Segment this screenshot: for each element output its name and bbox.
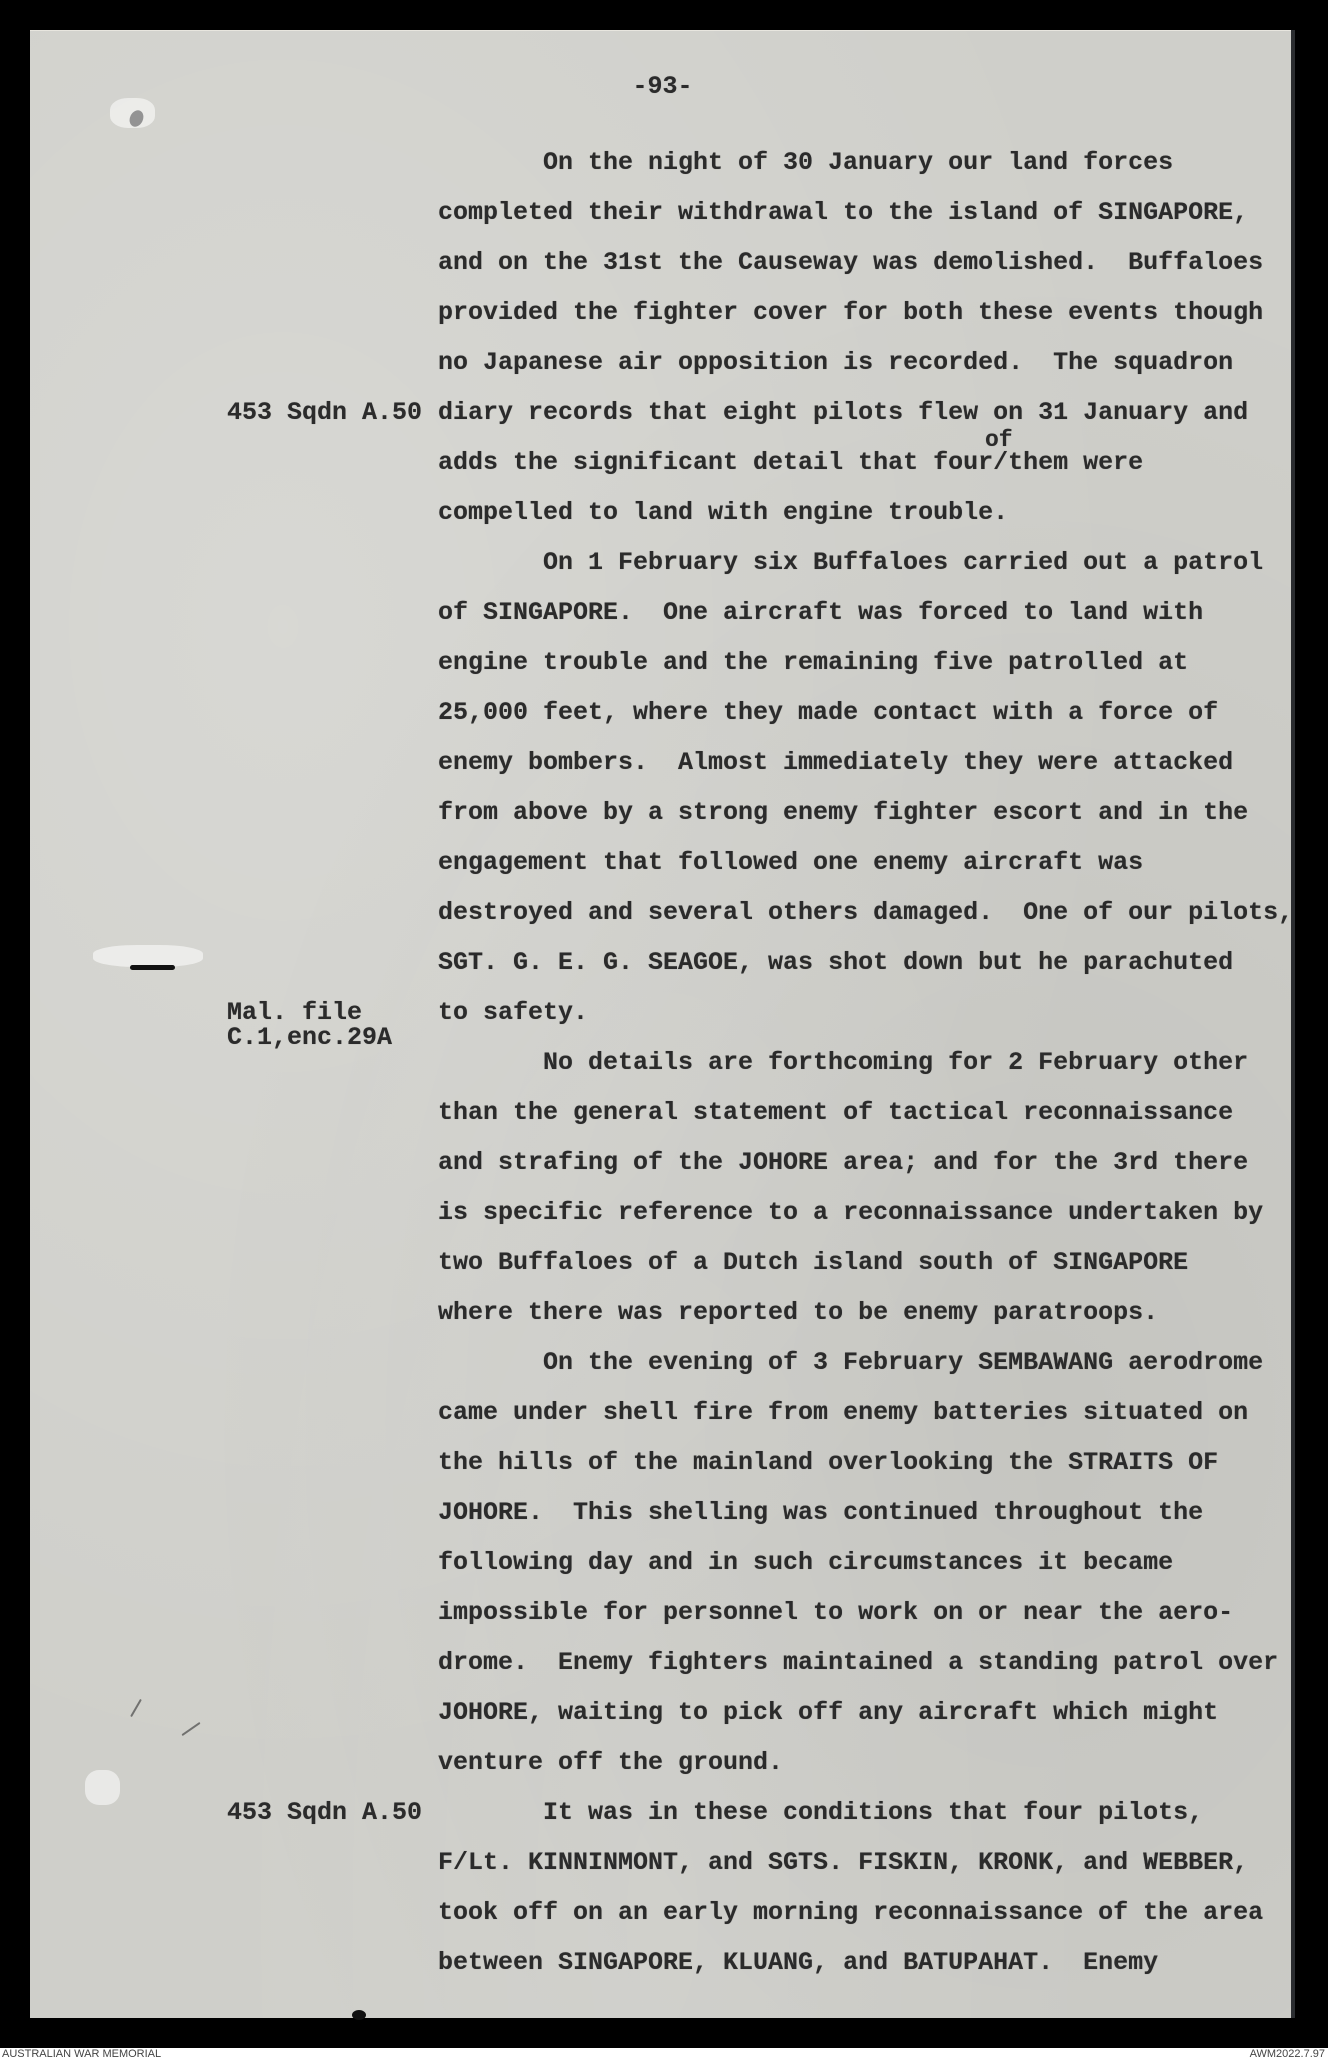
text-line: On 1 February six Buffaloes carried out … (543, 550, 1263, 575)
document-page: -93- On the night of 30 January our land… (30, 30, 1295, 2018)
text-line: and on the 31st the Causeway was demolis… (438, 250, 1263, 275)
text-line: following day and in such circumstances … (438, 1550, 1173, 1575)
paper-tear-middle-dark (130, 965, 175, 970)
text-line: engagement that followed one enemy aircr… (438, 850, 1143, 875)
text-line: from above by a strong enemy fighter esc… (438, 800, 1248, 825)
text-line: took off on an early morning reconnaissa… (438, 1900, 1263, 1925)
text-line: F/Lt. KINNINMONT, and SGTS. FISKIN, KRON… (438, 1850, 1248, 1875)
text-line: came under shell fire from enemy batteri… (438, 1400, 1248, 1425)
text-line: 25,000 feet, where they made contact wit… (438, 700, 1218, 725)
text-line: No details are forthcoming for 2 Februar… (543, 1050, 1248, 1075)
paper-tear-bottom (85, 1770, 120, 1805)
text-line: two Buffaloes of a Dutch island south of… (438, 1250, 1188, 1275)
text-line: no Japanese air opposition is recorded. … (438, 350, 1233, 375)
text-line: than the general statement of tactical r… (438, 1100, 1233, 1125)
footer-accession-number: AWM2022.7.97 (1250, 2048, 1325, 2061)
text-line: is specific reference to a reconnaissanc… (438, 1200, 1263, 1225)
footer-institution: AUSTRALIAN WAR MEMORIAL (2, 2048, 161, 2061)
paper-tear-top (110, 98, 155, 128)
text-line: between SINGAPORE, KLUANG, and BATUPAHAT… (438, 1950, 1158, 1975)
text-line: provided the fighter cover for both thes… (438, 300, 1263, 325)
text-line: JOHORE. This shelling was continued thro… (438, 1500, 1203, 1525)
text-line: enemy bombers. Almost immediately they w… (438, 750, 1233, 775)
text-line: to safety. (438, 1000, 588, 1025)
pencil-mark (130, 1699, 142, 1717)
text-line: and strafing of the JOHORE area; and for… (438, 1150, 1248, 1175)
text-line: drome. Enemy fighters maintained a stand… (438, 1650, 1278, 1675)
margin-note: 453 Sqdn A.50 (227, 400, 422, 425)
inserted-word: of (985, 428, 1013, 453)
text-line: JOHORE, waiting to pick off any aircraft… (438, 1700, 1218, 1725)
text-line: On the evening of 3 February SEMBAWANG a… (543, 1350, 1263, 1375)
paper-tear-bottom-edge (352, 2010, 366, 2020)
text-line: compelled to land with engine trouble. (438, 500, 1008, 525)
pencil-mark (181, 1722, 200, 1736)
text-line: the hills of the mainland overlooking th… (438, 1450, 1218, 1475)
text-line: venture off the ground. (438, 1750, 783, 1775)
text-line: completed their withdrawal to the island… (438, 200, 1248, 225)
text-line: engine trouble and the remaining five pa… (438, 650, 1188, 675)
text-line: SGT. G. E. G. SEAGOE, was shot down but … (438, 950, 1233, 975)
margin-note: 453 Sqdn A.50 (227, 1800, 422, 1825)
text-line: On the night of 30 January our land forc… (543, 150, 1173, 175)
paper-tear-middle (93, 945, 203, 967)
page-number: -93- (30, 74, 1295, 99)
text-line: diary records that eight pilots flew on … (438, 400, 1248, 425)
text-line: where there was reported to be enemy par… (438, 1300, 1158, 1325)
archive-footer: AUSTRALIAN WAR MEMORIAL AWM2022.7.97 (0, 2048, 1328, 2061)
margin-note: C.1,enc.29A (227, 1025, 392, 1050)
text-line: of SINGAPORE. One aircraft was forced to… (438, 600, 1203, 625)
text-line: impossible for personnel to work on or n… (438, 1600, 1233, 1625)
text-line: adds the significant detail that four/th… (438, 450, 1143, 475)
text-line: It was in these conditions that four pil… (543, 1800, 1203, 1825)
text-line: destroyed and several others damaged. On… (438, 900, 1293, 925)
margin-note: Mal. file (227, 1000, 362, 1025)
